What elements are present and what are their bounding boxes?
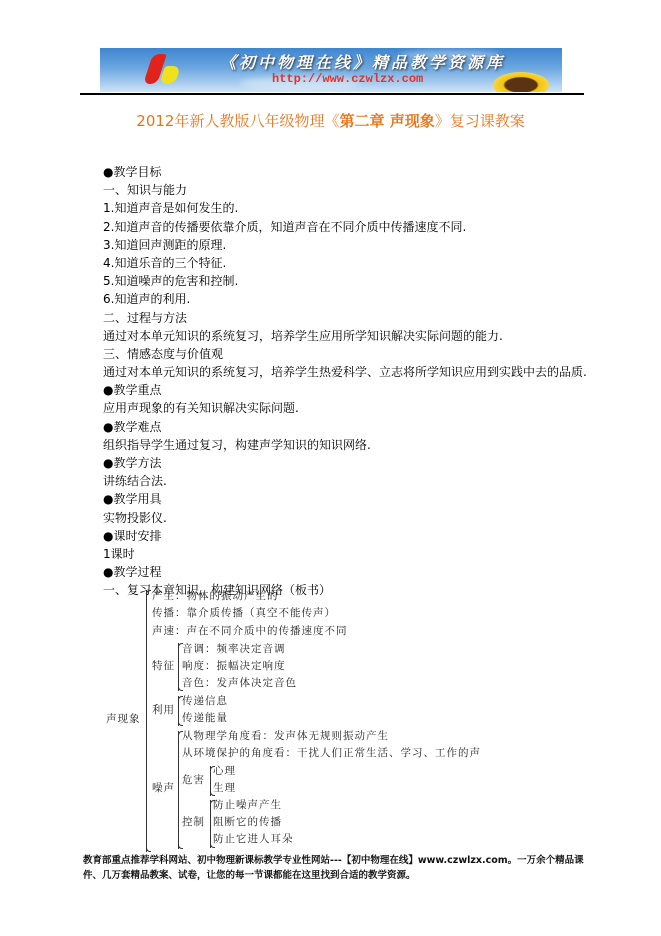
noise-brace <box>178 731 179 849</box>
diagram-node: 传播：靠介质传播（真空不能传声） <box>152 605 336 620</box>
diagram-leaf: 音调：频率决定音调 <box>182 641 286 656</box>
diagram-root: 声现象 <box>106 711 141 726</box>
diagram-leaf: 从物理学角度看：发声体无规则振动产生 <box>182 728 389 743</box>
diagram-node: 控制 <box>182 814 205 829</box>
diagram-leaf: 传递信息 <box>182 693 228 708</box>
knowledge-network-diagram: 声现象 产生：物体的振动产生的 传播：靠介质传播（真空不能传声） 声速：声在不同… <box>0 0 661 936</box>
footer-line: 件、几万套精品教案、试卷，让您的每一节课都能在这里找到合适的教学资源。 <box>83 868 583 883</box>
diagram-leaf: 响度：振幅决定响度 <box>182 658 286 673</box>
diagram-leaf: 防止噪声产生 <box>213 797 282 812</box>
feature-brace <box>178 643 179 691</box>
diagram-node: 声速：声在不同介质中的传播速度不同 <box>152 623 348 638</box>
diagram-node: 特征 <box>152 658 175 673</box>
harm-brace <box>210 766 211 796</box>
control-brace <box>210 800 211 848</box>
diagram-node: 利用 <box>152 702 175 717</box>
page-footer: 教育部重点推荐学科网站、初中物理新课标教学专业性网站---【初中物理在线】www… <box>83 853 583 883</box>
diagram-leaf: 从环境保护的角度看：干扰人们正常生活、学习、工作的声 <box>182 745 481 760</box>
diagram-leaf: 阻断它的传播 <box>213 814 282 829</box>
diagram-node: 噪声 <box>152 780 175 795</box>
diagram-leaf: 心理 <box>213 763 236 778</box>
diagram-leaf: 生理 <box>213 780 236 795</box>
diagram-leaf: 防止它进人耳朵 <box>213 831 294 846</box>
diagram-leaf: 传递能量 <box>182 710 228 725</box>
diagram-leaf: 音色：发声体决定音色 <box>182 675 297 690</box>
diagram-node: 危害 <box>182 772 205 787</box>
root-brace <box>146 590 147 852</box>
diagram-node: 产生：物体的振动产生的 <box>152 588 279 603</box>
use-brace <box>178 696 179 726</box>
footer-line: 教育部重点推荐学科网站、初中物理新课标教学专业性网站---【初中物理在线】www… <box>83 853 583 868</box>
